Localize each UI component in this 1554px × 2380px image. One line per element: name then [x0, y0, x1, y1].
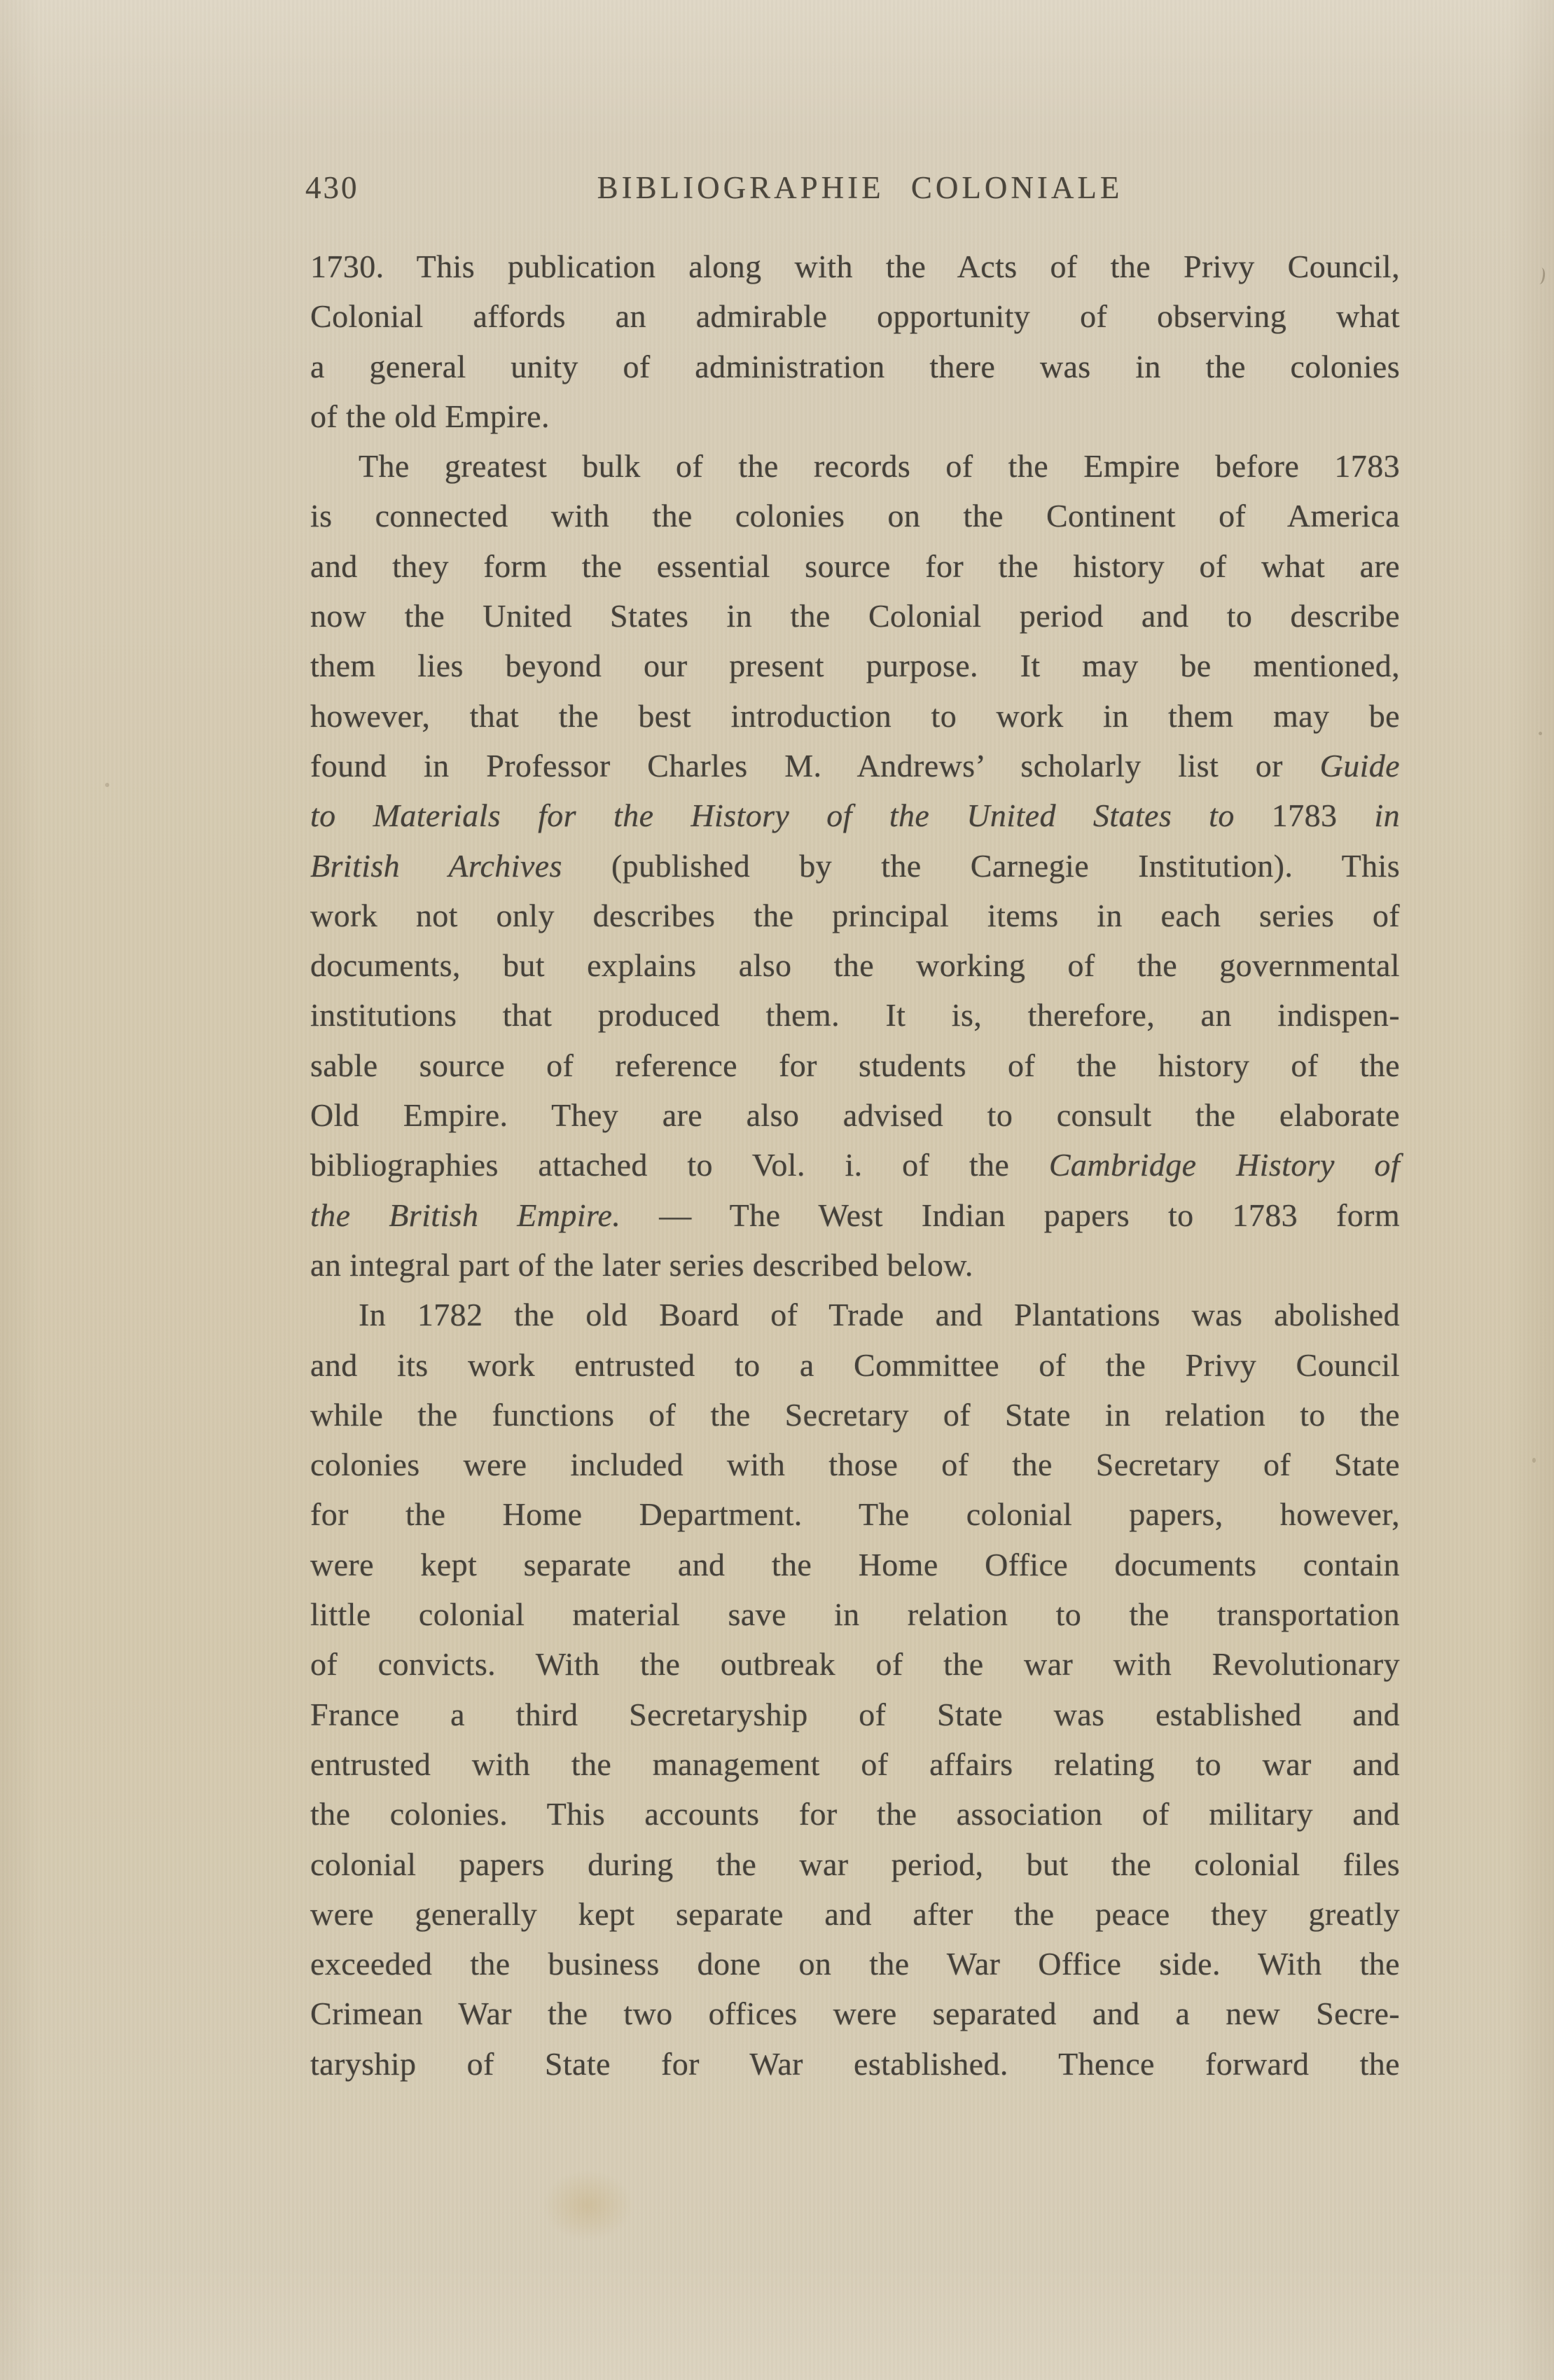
text-line: were kept separate and the Home Office d…	[310, 1540, 1400, 1589]
text-run: 1730. This publication along with the Ac…	[310, 249, 1400, 284]
text-run: and they form the essential source for t…	[310, 548, 1400, 584]
text-line: an integral part of the later series des…	[310, 1240, 1400, 1290]
text-run: is connected with the colonies on the Co…	[310, 498, 1400, 534]
text-run: of convicts. With the outbreak of the wa…	[310, 1646, 1400, 1682]
book-page-scan: 430 BIBLIOGRAPHIE COLONIALE 1730. This p…	[0, 0, 1554, 2380]
text-line: to Materials for the History of the Unit…	[310, 791, 1400, 840]
text-line: were generally kept separate and after t…	[310, 1889, 1400, 1939]
text-run: institutions that produced them. It is, …	[310, 997, 1400, 1033]
paper-stain	[527, 2158, 649, 2253]
italic-text-run: Cambridge History of	[1049, 1147, 1400, 1183]
text-run: — The West Indian papers to 1783 form	[620, 1197, 1400, 1233]
page-number: 430	[305, 169, 359, 206]
text-line: and its work entrusted to a Committee of…	[310, 1340, 1400, 1390]
text-run: them lies beyond our present purpose. It…	[310, 648, 1400, 683]
text-line: a general unity of administration there …	[310, 342, 1400, 391]
text-line: however, that the best introduction to w…	[310, 691, 1400, 741]
text-line: of the old Empire.	[310, 391, 1400, 441]
text-run: 1783	[1272, 798, 1375, 833]
text-line: them lies beyond our present purpose. It…	[310, 641, 1400, 690]
text-line: Old Empire. They are also advised to con…	[310, 1090, 1400, 1140]
text-line: sable source of reference for students o…	[310, 1041, 1400, 1090]
text-run: colonial papers during the war period, b…	[310, 1846, 1400, 1882]
text-line: 1730. This publication along with the Ac…	[310, 242, 1400, 291]
text-line: for the Home Department. The colonial pa…	[310, 1489, 1400, 1539]
text-line: colonial papers during the war period, b…	[310, 1839, 1400, 1889]
text-line: work not only describes the principal it…	[310, 891, 1400, 940]
text-run: entrusted with the management of affairs…	[310, 1746, 1400, 1782]
text-line: found in Professor Charles M. Andrews’ s…	[310, 741, 1400, 791]
text-line: is connected with the colonies on the Co…	[310, 491, 1400, 541]
text-run: work not only describes the principal it…	[310, 898, 1400, 933]
text-run: taryship of State for War established. T…	[310, 2046, 1400, 2082]
text-run: for the Home Department. The colonial pa…	[310, 1496, 1400, 1532]
text-line: now the United States in the Colonial pe…	[310, 591, 1400, 641]
text-run: an integral part of the later series des…	[310, 1247, 973, 1283]
text-run: now the United States in the Colonial pe…	[310, 598, 1400, 634]
text-run: France a third Secretaryship of State wa…	[310, 1697, 1400, 1732]
running-header-title: BIBLIOGRAPHIE COLONIALE	[597, 169, 1123, 206]
text-run: exceeded the business done on the War Of…	[310, 1946, 1400, 1982]
text-run: a general unity of administration there …	[310, 349, 1400, 384]
text-line: In 1782 the old Board of Trade and Plant…	[310, 1290, 1400, 1339]
text-line: exceeded the business done on the War Of…	[310, 1939, 1400, 1989]
scan-speck	[1532, 1458, 1536, 1463]
text-run: Colonial affords an admirable opportunit…	[310, 298, 1400, 334]
italic-text-run: the British Empire.	[310, 1197, 620, 1233]
text-line: The greatest bulk of the records of the …	[310, 441, 1400, 491]
text-line: entrusted with the management of affairs…	[310, 1739, 1400, 1789]
italic-text-run: to Materials for the History of the Unit…	[310, 798, 1272, 833]
text-run: documents, but explains also the working…	[310, 947, 1400, 983]
text-run: colonies were included with those of the…	[310, 1447, 1400, 1482]
text-line: while the functions of the Secretary of …	[310, 1390, 1400, 1440]
text-line: institutions that produced them. It is, …	[310, 990, 1400, 1040]
text-run: Old Empire. They are also advised to con…	[310, 1097, 1400, 1133]
text-run: were kept separate and the Home Office d…	[310, 1547, 1400, 1582]
text-run: however, that the best introduction to w…	[310, 698, 1400, 734]
text-run: while the functions of the Secretary of …	[310, 1397, 1400, 1433]
text-run: In 1782 the old Board of Trade and Plant…	[359, 1297, 1400, 1332]
text-run: Crimean War the two offices were separat…	[310, 1996, 1400, 2031]
text-line: colonies were included with those of the…	[310, 1440, 1400, 1489]
text-block: 1730. This publication along with the Ac…	[310, 242, 1400, 2089]
text-run: The greatest bulk of the records of the …	[359, 448, 1400, 484]
text-line: the colonies. This accounts for the asso…	[310, 1789, 1400, 1839]
text-line: and they form the essential source for t…	[310, 541, 1400, 591]
text-run: (published by the Carnegie Institution).…	[611, 848, 1400, 884]
text-run: and its work entrusted to a Committee of…	[310, 1347, 1400, 1383]
text-line: Crimean War the two offices were separat…	[310, 1989, 1400, 2038]
text-run: little colonial material save in relatio…	[310, 1596, 1400, 1632]
text-line: documents, but explains also the working…	[310, 940, 1400, 990]
scan-speck	[105, 783, 109, 787]
italic-text-run: in	[1374, 798, 1400, 833]
text-line: Colonial affords an admirable opportunit…	[310, 291, 1400, 341]
text-run: sable source of reference for students o…	[310, 1048, 1400, 1083]
text-run: the colonies. This accounts for the asso…	[310, 1796, 1400, 1832]
scan-speck	[1539, 732, 1542, 735]
text-run: found in Professor Charles M. Andrews’ s…	[310, 748, 1320, 784]
scan-speck	[1535, 267, 1546, 284]
italic-text-run: Guide	[1320, 748, 1400, 784]
text-line: of convicts. With the outbreak of the wa…	[310, 1639, 1400, 1689]
text-line: taryship of State for War established. T…	[310, 2039, 1400, 2089]
text-run: were generally kept separate and after t…	[310, 1896, 1400, 1932]
italic-text-run: British Archives	[310, 848, 611, 884]
text-run: of the old Empire.	[310, 398, 550, 434]
text-line: France a third Secretaryship of State wa…	[310, 1690, 1400, 1739]
text-line: little colonial material save in relatio…	[310, 1589, 1400, 1639]
text-run: bibliographies attached to Vol. i. of th…	[310, 1147, 1049, 1183]
text-line: British Archives (published by the Carne…	[310, 841, 1400, 891]
text-line: the British Empire. — The West Indian pa…	[310, 1190, 1400, 1240]
text-line: bibliographies attached to Vol. i. of th…	[310, 1140, 1400, 1190]
